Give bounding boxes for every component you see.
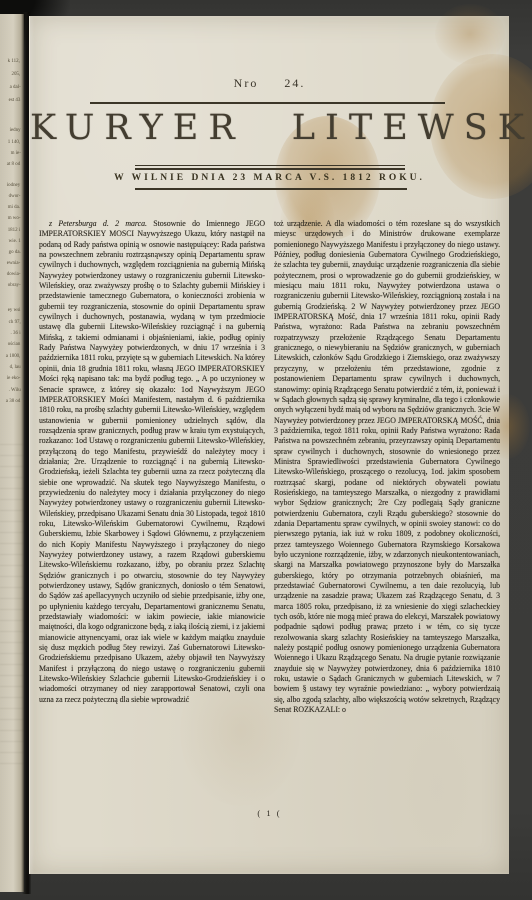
left-column-opening: z Petersburga d. 2 marca. (49, 219, 147, 228)
margin-text-fragment: dowia- (6, 271, 20, 277)
page-signature-mark: ( 1 ( (30, 808, 509, 818)
margin-text-fragment: m wo- (7, 215, 20, 221)
issue-number: 24. (284, 76, 305, 90)
left-column-body: Stosownie do Imiennego JEGO IMPERATORSKI… (39, 219, 265, 704)
margin-text-fragment: go da. (8, 249, 20, 255)
margin-text-fragment: k 112, (8, 58, 20, 64)
margin-text-fragment: 1812 i (8, 227, 21, 233)
margin-text-fragment: ewnia- (7, 260, 20, 266)
issue-number-line: Nro24. (30, 76, 509, 91)
faint-print-texture (0, 444, 24, 774)
margin-text-fragment: 205, (12, 71, 21, 77)
margin-text-fragment: est 43 (9, 97, 21, 103)
newspaper-page: Nro24. KURYER LITEWSKI W WILNIE DNIA 23 … (29, 16, 509, 874)
margin-text-fragment: obray- (7, 282, 20, 288)
margin-text-fragment: ch 97, (8, 319, 20, 325)
rule (135, 188, 407, 190)
margin-text-fragment: ościan (8, 341, 21, 347)
margin-text-fragment: d, lau (9, 364, 20, 370)
left-column-text: z Petersburga d. 2 marca. Stosownie do I… (39, 219, 265, 705)
margin-text-fragment: iedny (9, 127, 20, 133)
margin-text-fragment: a 1800, (6, 353, 21, 359)
margin-text-fragment: 1 140, (8, 139, 20, 145)
margin-text-fragment: ey wsi (7, 307, 20, 313)
margin-text-fragment: m ie- (10, 150, 20, 156)
margin-text-fragment: dwor- (9, 193, 21, 199)
right-column-text: toż urządzenie. A dla wiadomości o tém r… (274, 219, 500, 716)
foxing-stain (435, 4, 505, 64)
right-column: toż urządzenie. A dla wiadomości o tém r… (274, 219, 500, 811)
margin-text-fragment: wie. 1 (8, 238, 20, 244)
body-columns: z Petersburga d. 2 marca. Stosownie do I… (39, 219, 500, 811)
rule (135, 165, 405, 166)
margin-text-fragment: ie eko- (7, 375, 21, 381)
rule (90, 102, 445, 104)
margin-text-fragment: . Wilu (8, 387, 20, 393)
dateline: W WILNIE DNIA 23 MARCA V.S. 1812 ROKU. (30, 173, 509, 183)
facing-page-edge: k 112, 205, a dal- est 43 iedny 1 140, m… (0, 14, 24, 892)
margin-text-fragment: a dal- (9, 84, 20, 90)
masthead-title: KURYER LITEWSKI (30, 108, 509, 148)
margin-text-fragment: iodney (7, 182, 20, 188)
margin-text-fragment: a 38 od (6, 398, 21, 404)
left-column: z Petersburga d. 2 marca. Stosownie do I… (39, 219, 265, 811)
issue-label: Nro (234, 76, 259, 90)
rule (135, 168, 405, 170)
margin-text-fragment: at 8 od (7, 161, 20, 167)
margin-text-fragment: mi da. (8, 204, 20, 210)
margin-text-fragment: . 36 i (10, 330, 20, 336)
right-column-body: toż urządzenie. A dla wiadomości o tém r… (274, 219, 500, 714)
